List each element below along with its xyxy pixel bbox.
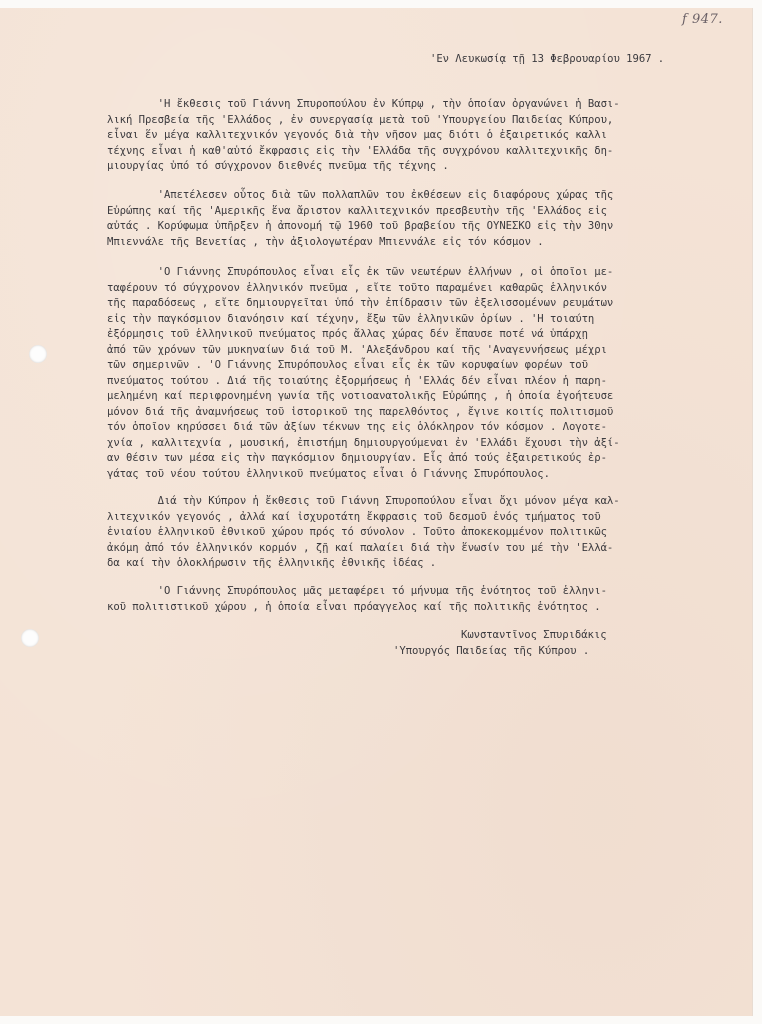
paragraph-3-line: τόν ὁποῖον κηρύσσει διά τῶν ἀξίων τέκνων… — [107, 420, 607, 436]
punch-hole — [21, 629, 39, 647]
paragraph-1-line: 'Η ἔκθεσις τοῦ Γιάννη Σπυροπούλου ἐν Κύπ… — [107, 97, 620, 113]
handwritten-archive-number: f 947. — [682, 12, 723, 27]
paragraph-2-line: αὐτάς . Κορύφωμα ὑπῆρξεν ἡ ἀπονομή τῷ 19… — [107, 219, 613, 235]
paragraph-3-line: τῶν σημερινῶν . 'Ο Γιάννης Σπυρόπουλος ε… — [107, 358, 588, 374]
paragraph-2-line: Μπιεννάλε τῆς Βενετίας , τὴν ἀξιολογωτέρ… — [107, 235, 544, 251]
signatory-title: 'Υπουργός Παιδείας τῆς Κύπρου . — [393, 644, 589, 660]
paragraph-3-line: πνεύματος τούτου . Διά τῆς τοιαύτης ἐξορ… — [107, 374, 607, 390]
paragraph-1-line: εἶναι ἕν μέγα καλλιτεχνικόν γεγονός διὰ … — [107, 128, 607, 144]
paragraph-3-line: χνία , καλλιτεχνία , μουσική, ἐπιστήμη δ… — [107, 436, 620, 452]
paragraph-3-line: ταφέρουν τό σύγχρονον ἑλληνικόν πνεῦμα ,… — [107, 281, 607, 297]
paragraph-3-line: εἰς τὴν παγκόσμιον διανόησιν καί τέχνην,… — [107, 312, 594, 328]
paragraph-5-line: 'Ο Γιάννης Σπυρόπουλος μᾶς μεταφέρει τό … — [107, 584, 607, 600]
paragraph-4-line: Διά τὴν Κύπρον ἡ ἔκθεσις τοῦ Γιάννη Σπυρ… — [107, 494, 620, 510]
paragraph-4-line: λιτεχνικόν γεγονός , ἀλλά καί ἰσχυροτάτη… — [107, 510, 601, 526]
paragraph-3-line: μόνον διά τῆς ἀναμνήσεως τοῦ ἱστορικοῦ τ… — [107, 405, 613, 421]
paragraph-4-line: ἑνιαίου ἑλληνικοῦ ἐθνικοῦ χώρου πρός τό … — [107, 525, 607, 541]
paragraph-1-line: μιουργίας ὑπό τό σύγχρονον διεθνές πνεῦμ… — [107, 159, 449, 175]
paragraph-3-line: ἀπό τῶν χρόνων τῶν μυκηναίων διά τοῦ Μ. … — [107, 343, 607, 359]
paragraph-4-line: δα καί τὴν ὁλοκλήρωσιν τῆς ἑλληνικῆς ἐθν… — [107, 556, 436, 572]
paragraph-1-line: τέχνης εἶναι ἡ καθ'αὑτό ἔκφρασις εἰς τὴν… — [107, 144, 613, 160]
paragraph-2-line: Εὐρώπης καί τῆς 'Αμερικῆς ἕνα ἄριστον κα… — [107, 204, 607, 220]
paragraph-3-line: ἐξόρμησις τοῦ ἑλληνικοῦ πνεύματος πρός ἄ… — [107, 327, 588, 343]
paragraph-3-line: τῆς παραδόσεως , εἴτε δημιουργεῖται ὑπό … — [107, 296, 613, 312]
paragraph-3-line: 'Ο Γιάννης Σπυρόπουλος εἶναι εἷς ἐκ τῶν … — [107, 265, 613, 281]
paragraph-3-line: αν θέσιν των μέσα εἰς τὴν παγκόσμιον δημ… — [107, 451, 607, 467]
paragraph-3-line: μελημένη καί περιφρονημένη γωνία τῆς νοτ… — [107, 389, 613, 405]
dateline: 'Εν Λευκωσίᾳ τῇ 13 Φεβρουαρίου 1967 . — [430, 52, 664, 68]
paragraph-3-line: γάτας τοῦ νέου τούτου ἑλληνικοῦ πνεύματο… — [107, 467, 550, 483]
paragraph-2-line: 'Απετέλεσεν οὗτος διὰ τῶν πολλαπλῶν του … — [107, 188, 613, 204]
signatory-name: Κωνσταντῖνος Σπυριδάκις — [461, 628, 607, 644]
paragraph-1-line: λική Πρεσβεία τῆς 'Ελλάδος , ἐν συνεργασ… — [107, 113, 613, 129]
paragraph-4-line: ἀκόμη ἀπό τόν ἑλληνικόν κορμόν , ζῇ καί … — [107, 541, 613, 557]
punch-hole — [29, 345, 47, 363]
paragraph-5-line: κοῦ πολιτιστικοῦ χώρου , ἡ ὁποία εἶναι π… — [107, 600, 601, 616]
